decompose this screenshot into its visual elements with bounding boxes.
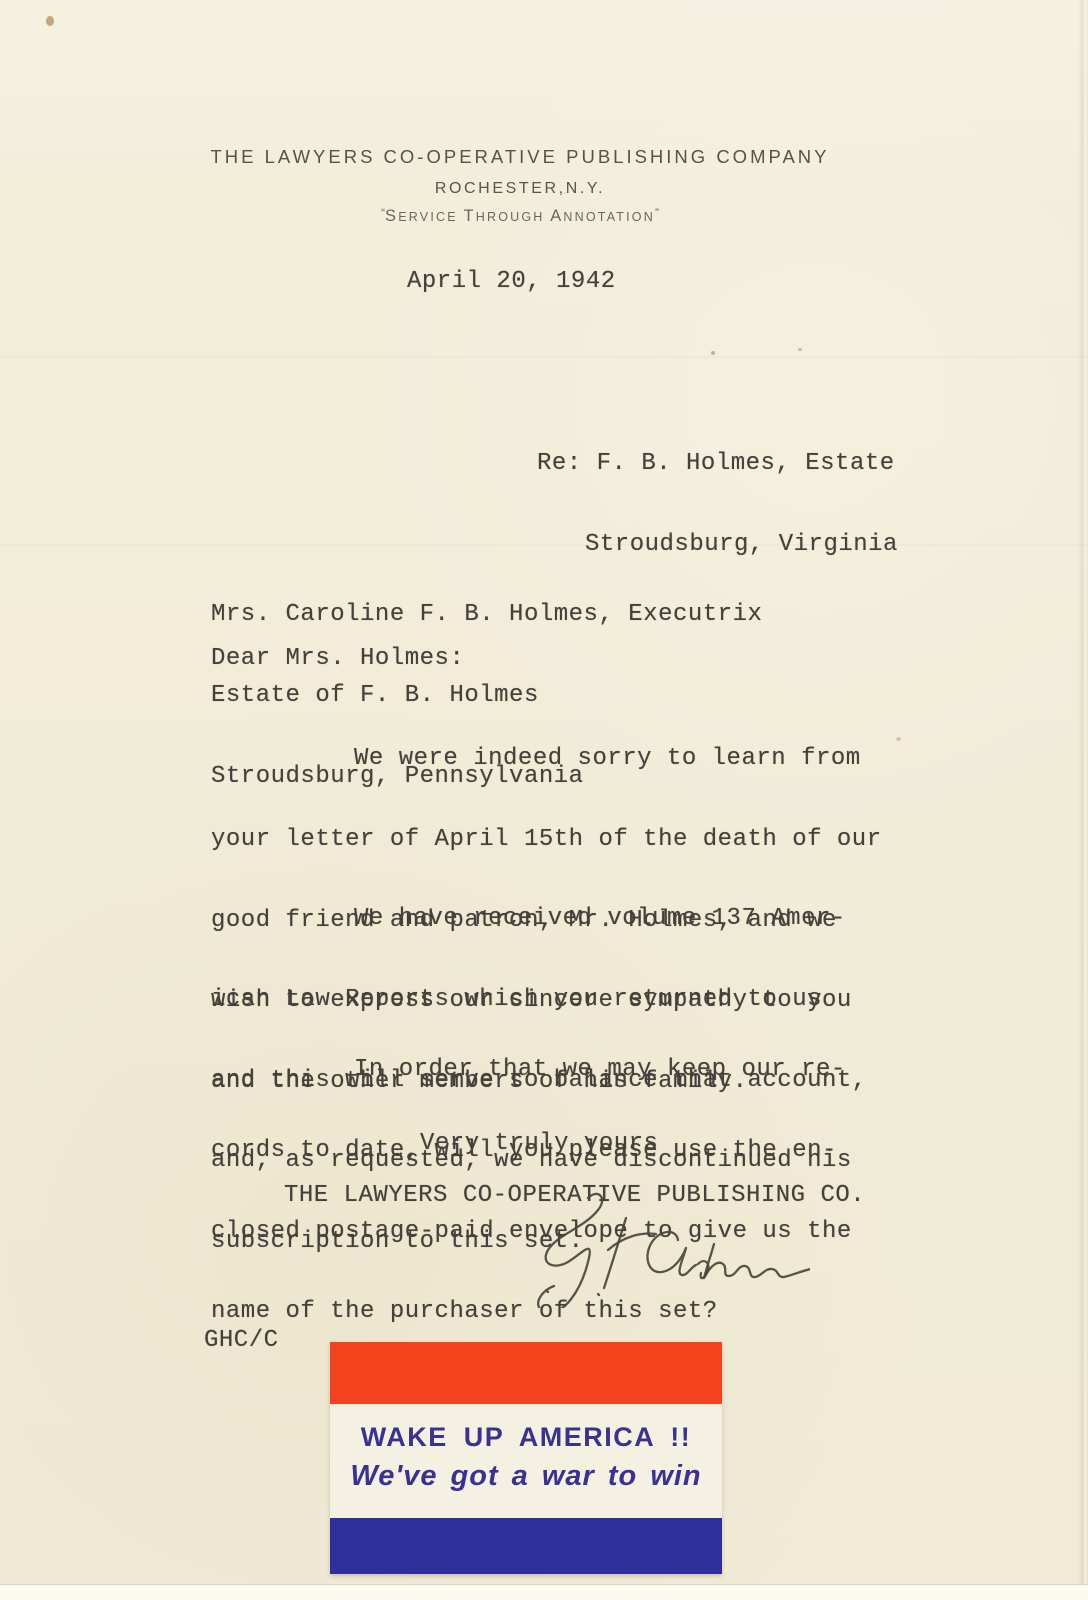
reference-line: Re: F. B. Holmes, Estate	[537, 451, 898, 478]
typist-initials: GHC/C	[204, 1327, 279, 1354]
motto-text: T	[463, 207, 475, 225]
sticker-title: WAKE UP AMERICA !!	[330, 1422, 722, 1453]
body-line: your letter of April 15th of the death o…	[211, 827, 882, 854]
motto-text: A	[550, 207, 563, 225]
paper-edge	[1078, 0, 1088, 1600]
paper-speck	[711, 351, 715, 355]
recipient-line: Mrs. Caroline F. B. Holmes, Executrix	[211, 602, 762, 629]
blue-stripe	[330, 1518, 722, 1574]
salutation: Dear Mrs. Holmes:	[211, 645, 464, 672]
sticker-subtitle: We've got a war to win	[330, 1460, 722, 1493]
body-line: We have received volume 137 Amer-	[211, 906, 867, 933]
fold-crease	[0, 356, 1088, 360]
motto-text: ERVICE	[398, 210, 458, 224]
body-line: In order that we may keep our re-	[211, 1057, 852, 1084]
letter-scan: THE LAWYERS CO-OPERATIVE PUBLISHING COMP…	[0, 0, 1088, 1600]
red-stripe	[330, 1342, 722, 1404]
body-line: We were indeed sorry to learn from	[211, 746, 882, 773]
motto-close-quote: ”	[655, 206, 659, 220]
motto-text: S	[385, 207, 398, 225]
paper-speck	[46, 16, 54, 26]
motto-text: HROUGH	[476, 210, 545, 224]
scan-edge	[0, 1584, 1088, 1600]
handwritten-signature	[430, 1188, 810, 1308]
paper-speck	[896, 737, 901, 741]
letterhead-company-name: THE LAWYERS CO-OPERATIVE PUBLISHING COMP…	[0, 146, 1040, 168]
letterhead-city: ROCHESTER,N.Y.	[0, 180, 1040, 198]
wake-up-america-sticker: WAKE UP AMERICA !! We've got a war to wi…	[330, 1342, 722, 1574]
motto-text: NNOTATION	[563, 210, 655, 224]
paper-speck	[798, 348, 802, 351]
date-line: April 20, 1942	[407, 268, 616, 295]
letterhead-motto: “SERVICE THROUGH ANNOTATION”	[0, 206, 1040, 226]
valediction: Very truly yours	[420, 1130, 658, 1157]
